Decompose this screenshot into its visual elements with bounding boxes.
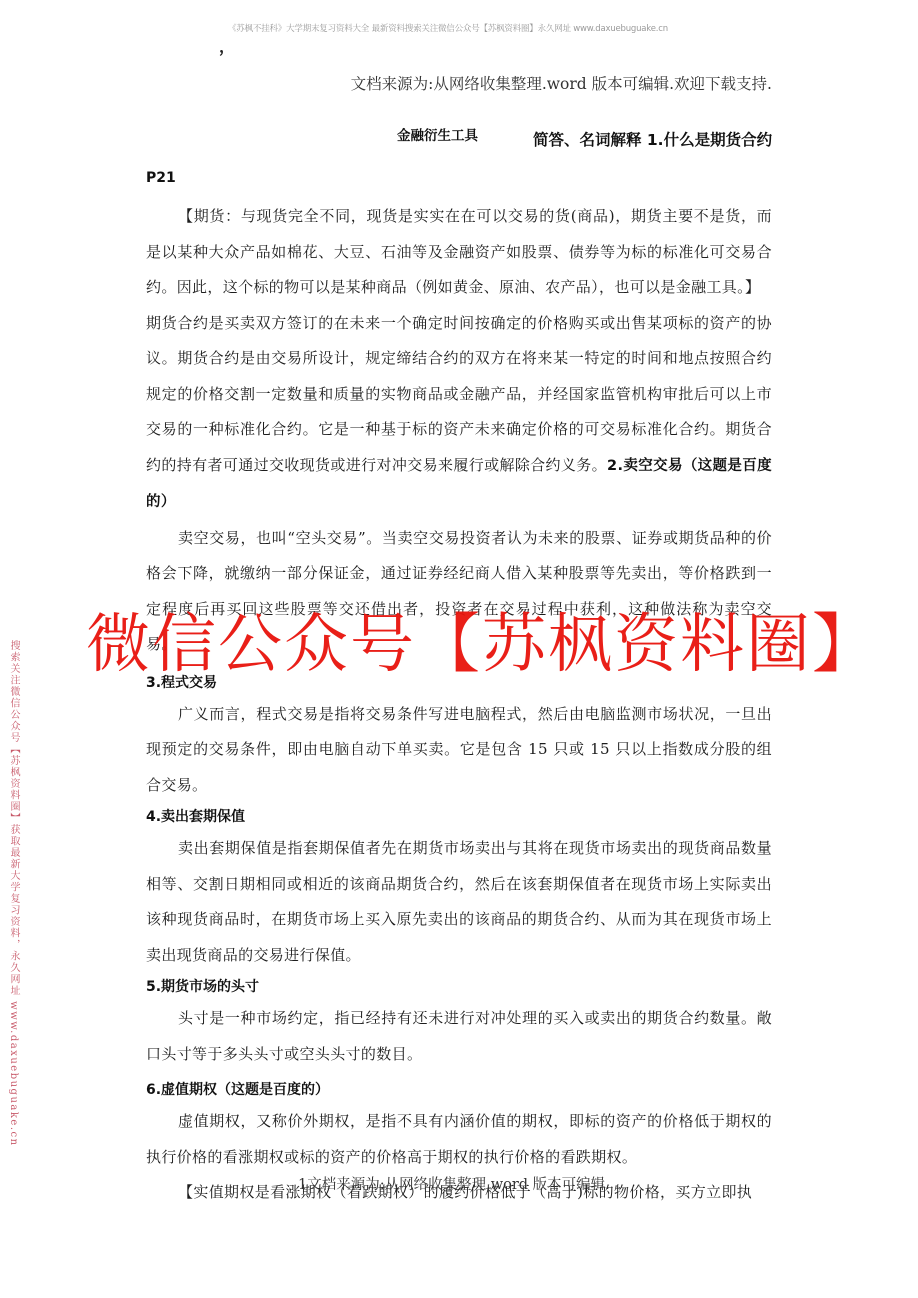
futures-contract-paragraph: 期货合约是买卖双方签订的在未来一个确定时间按确定的价格购买或出售某项标的资产的协… xyxy=(146,306,772,521)
page-footer: 1文档来源为:从网络收集整理.word 版本可编辑. xyxy=(298,1173,610,1194)
section-4-heading: 4.卖出套期保值 xyxy=(146,803,772,831)
side-watermark: 搜索关注微信公众号【苏枫资料圈】获取最新大学复习资料，永久网址 www.daxu… xyxy=(6,640,21,1147)
position-paragraph: 头寸是一种市场约定，指已经持有还未进行对冲处理的买入或卖出的期货合约数量。敞口头… xyxy=(146,1001,772,1072)
program-trading-paragraph: 广义而言，程式交易是指将交易条件写进电脑程式，然后由电脑监测市场状况，一旦出现预… xyxy=(146,697,772,804)
source-note: 文档来源为:从网络收集整理.word 版本可编辑.欢迎下载支持. xyxy=(351,72,772,94)
short-selling-paragraph: 卖空交易，也叫“空头交易”。当卖空交易投资者认为未来的股票、证券或期货品种的价格… xyxy=(146,521,772,663)
top-banner: 《苏枫不挂科》大学期末复习资料大全 最新资料搜索关注微信公众号【苏枫资料圈】永久… xyxy=(228,22,668,34)
futures-definition-note: 【期货：与现货完全不同，现货是实实在在可以交易的货(商品)，期货主要不是货，而是… xyxy=(146,199,772,306)
otm-option-paragraph: 虚值期权，又称价外期权，是指不具有内涵价值的期权，即标的资产的价格低于期权的执行… xyxy=(146,1104,772,1175)
document-body: P21 【期货：与现货完全不同，现货是实实在在可以交易的货(商品)，期货主要不是… xyxy=(146,167,772,1211)
page-reference: P21 xyxy=(146,167,772,199)
stray-mark: ， xyxy=(219,34,235,57)
course-title: 金融衍生工具 xyxy=(397,124,478,144)
short-hedge-paragraph: 卖出套期保值是指套期保值者先在期货市场卖出与其将在现货市场卖出的现货商品数量相等… xyxy=(146,831,772,973)
section-title: 简答、名词解释 1.什么是期货合约 xyxy=(533,128,772,150)
futures-contract-text: 期货合约是买卖双方签订的在未来一个确定时间按确定的价格购买或出售某项标的资产的协… xyxy=(146,314,772,474)
section-6-heading: 6.虚值期权（这题是百度的） xyxy=(146,1076,772,1104)
section-5-heading: 5.期货市场的头寸 xyxy=(146,973,772,1001)
section-3-heading: 3.程式交易 xyxy=(146,669,772,697)
